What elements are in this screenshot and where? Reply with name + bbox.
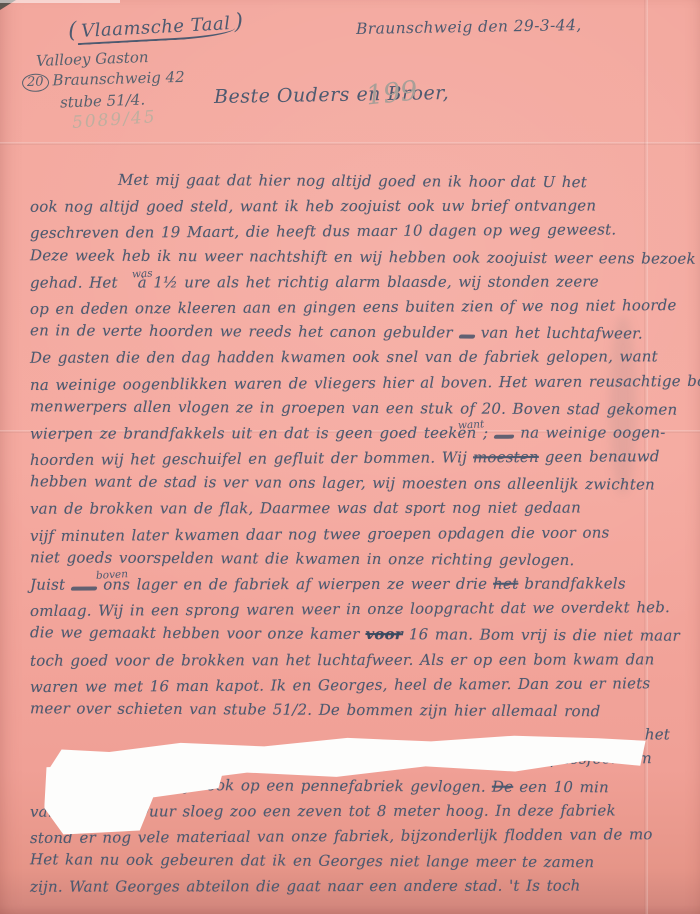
letter-text: meer over schieten van stube 51/2. De bo… (30, 699, 601, 720)
letter-line: op en deden onze kleeren aan en gingen e… (30, 296, 692, 325)
letter-text: vijf minuten later kwamen daar nog twee … (30, 523, 610, 545)
letter-text: à 1½ ure als het richtig alarm blaasde, … (138, 272, 599, 291)
letter-text: die we gemaakt hebben voor onze kamer (30, 624, 360, 644)
letter-text: wierpen ze brandfakkels uit en dat is ge… (30, 424, 488, 443)
letter-text: een 10 min (519, 777, 609, 795)
pencil-page-number: 199 (365, 75, 420, 111)
letter-text: en in de verte hoorden we reeds het cano… (30, 321, 453, 341)
letter-text: ons lager en de fabriek af wierpen ze we… (103, 575, 487, 594)
letter-line: Juistons lager en de fabriek af wierpen … (30, 574, 692, 601)
sender-address: 20Braunschweig 42 (22, 68, 185, 92)
letter-text: ook nog altijd goed steld, want ik heb z… (30, 197, 596, 216)
struck-word: het (493, 575, 518, 593)
letter-line: gehad. Hetà 1½ ure als het richtig alarm… (30, 272, 692, 299)
letter-text: na weinige oogen- (520, 423, 665, 441)
letter-text: Juist (30, 576, 65, 594)
letter-line: Met mij gaat dat hier nog altijd goed en… (30, 170, 692, 199)
letter-text: 16 man. Bom vrij is die niet maar (409, 626, 680, 645)
letter-line: niet goeds voorspelden want die kwamen i… (30, 548, 692, 577)
letter-text: zijn. Want Georges abteilon die gaat naa… (30, 877, 581, 896)
archive-number: 5089/45 (71, 107, 157, 133)
letter-text: op en deden onze kleeren aan en gingen e… (30, 296, 677, 318)
letter-line: De gasten die den dag hadden kwamen ook … (30, 348, 692, 375)
scan-top-edge (0, 0, 120, 3)
letter-line: vijf minuten later kwamen daar nog twee … (30, 523, 692, 552)
letter-line: van de brokken van de flak, Daarmee was … (30, 499, 692, 526)
language-note-text: Vlaamsche Taal (77, 13, 235, 45)
letter-text: hebben want de stad is ver van ons lager… (30, 473, 655, 494)
struck-word: De (492, 777, 513, 795)
letter-text: toch goed voor de brokken van het luchta… (30, 650, 654, 669)
letter-line: ook nog altijd goed steld, want ik heb z… (30, 196, 692, 223)
paren-close: ) (234, 9, 244, 34)
letter-text: geschreven den 19 Maart, die heeft dus m… (30, 221, 616, 243)
dateline: Braunschweig den 29-3-44, (356, 16, 582, 38)
letter-scan: (Vlaamsche Taal) Valloey Gaston 20Brauns… (0, 0, 700, 914)
struck-word: moesten (473, 448, 539, 466)
letter-text: menwerpers allen vlogen ze in groepen va… (30, 397, 677, 418)
letter-text: waren we met 16 man kapot. Ik en Georges… (30, 674, 650, 696)
fold-crease-top (0, 142, 700, 145)
letter-line: menwerpers allen vlogen ze in groepen va… (30, 397, 692, 426)
letter-text: omlaag. Wij in een sprong waren weer in … (30, 598, 670, 620)
ink-scribble (458, 334, 475, 338)
letter-line: geschreven den 19 Maart, die heeft dus m… (30, 220, 692, 249)
letter-text: Met mij gaat dat hier nog altijd goed en… (118, 171, 587, 191)
sender-name: Valloey Gaston (36, 48, 149, 70)
language-note: (Vlaamsche Taal) (67, 9, 244, 43)
letter-line: na weinige oogenblikken waren de vlieger… (30, 371, 692, 400)
letter-line: toch goed voor de brokken van het luchta… (30, 650, 692, 677)
letter-text: na weinige oogenblikken waren de vlieger… (30, 371, 700, 393)
letter-text: van de brokken van de flak, Daarmee was … (30, 499, 581, 518)
circled-postal-number: 20 (22, 73, 49, 92)
letter-text: De gasten die den dag hadden kwamen ook … (30, 348, 658, 367)
letter-line: waren we met 16 man kapot. Ik en Georges… (30, 674, 692, 703)
letter-line: Deze week heb ik nu weer nachtshift en w… (30, 246, 692, 275)
letter-text: Het kan nu ook gebeuren dat ik en George… (30, 850, 594, 871)
letter-text: van het luchtafweer. (481, 324, 643, 343)
ink-scribble (494, 434, 515, 438)
letter-text: brandfakkels (524, 574, 625, 592)
letter-text: Deze week heb ik nu weer nachtshift en w… (30, 246, 696, 267)
sender-city-text: Braunschweig 42 (52, 68, 185, 89)
letter-line: wierpen ze brandfakkels uit en dat is ge… (30, 423, 692, 450)
letter-text: geen benauwd (545, 447, 660, 466)
letter-line: hebben want de stad is ver van ons lager… (30, 473, 692, 502)
struck-word: voor (365, 625, 403, 643)
letter-text: het (645, 725, 670, 743)
ink-scribble (71, 586, 98, 590)
letter-line: en in de verte hoorden we reeds het cano… (30, 321, 692, 350)
letter-line: zijn. Want Georges abteilon die gaat naa… (30, 877, 692, 904)
letter-text: niet goeds voorspelden want die kwamen i… (30, 548, 575, 569)
letter-text: gehad. Het (30, 273, 118, 291)
letter-line: meer over schieten van stube 51/2. De bo… (30, 699, 692, 728)
letter-line: Het kan nu ook gebeuren dat ik en George… (30, 850, 692, 879)
letter-text: hoorden wij het geschuifel en gefluit de… (30, 448, 467, 469)
letter-line: die we gemaakt hebben voor onze kamervoo… (30, 624, 692, 653)
